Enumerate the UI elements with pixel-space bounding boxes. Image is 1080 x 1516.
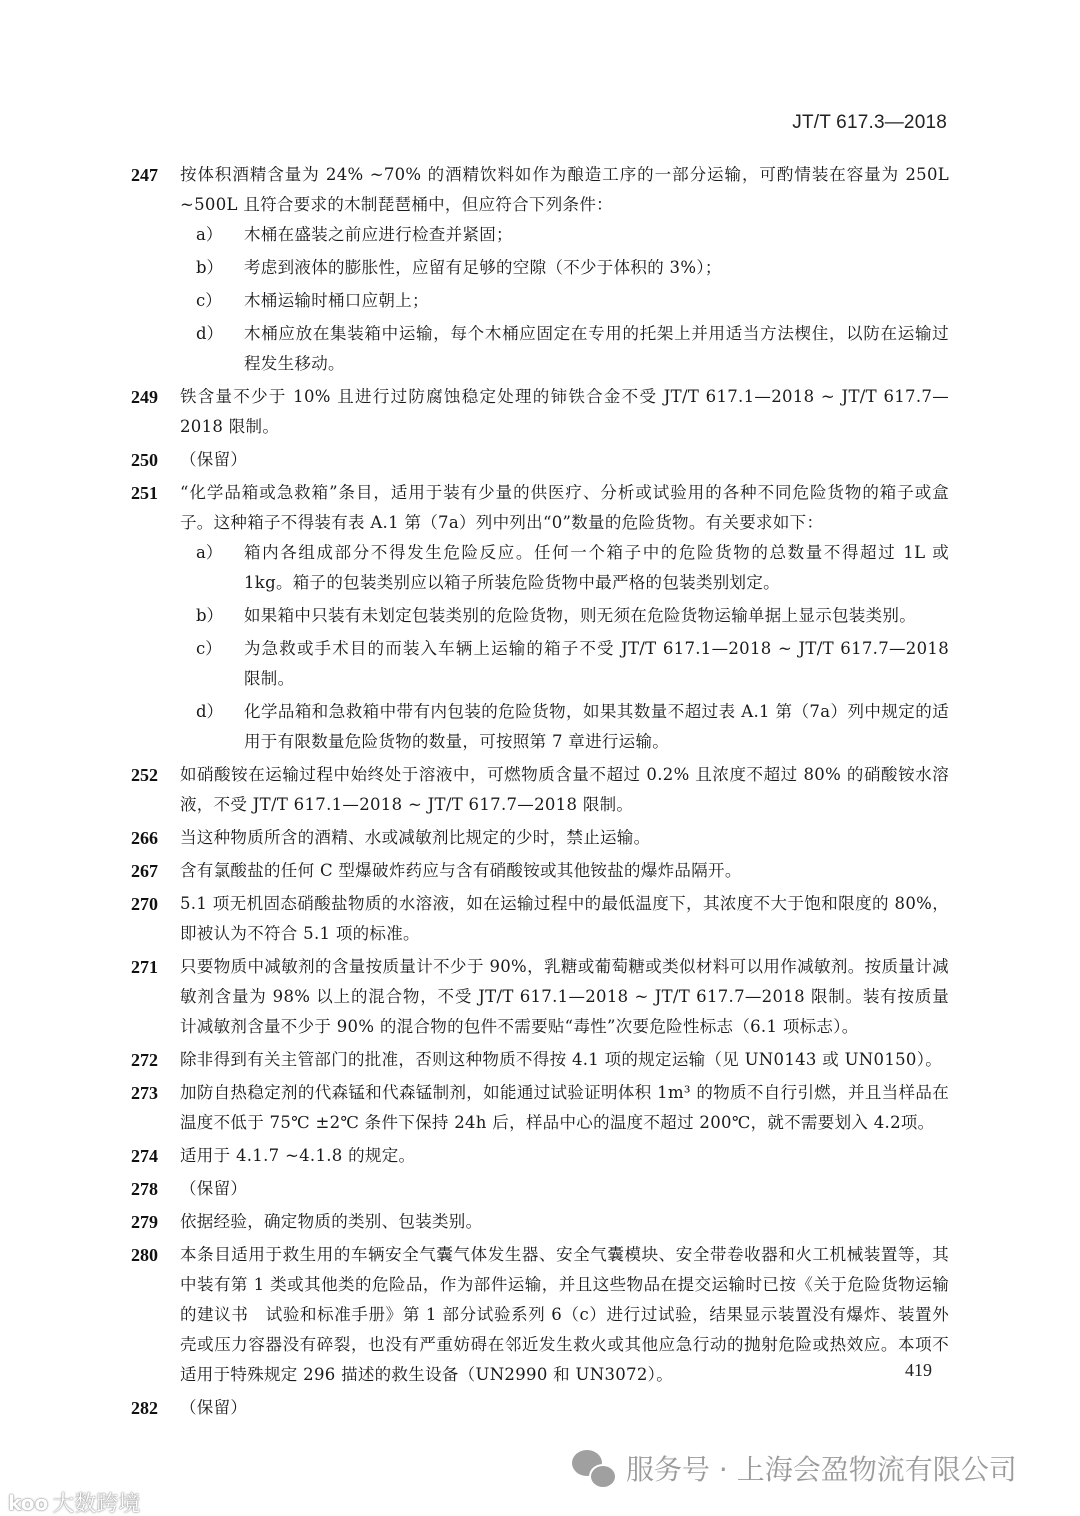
brand-watermark: koo 大数跨境: [8, 1487, 140, 1516]
sub-item-text: 为急救或手术目的而装入车辆上运输的箱子不受 JT/T 617.1—2018 ~ …: [244, 634, 949, 694]
provision-278: 278 （保留）: [131, 1174, 949, 1204]
provision-number: 251: [131, 478, 158, 508]
provision-text: （保留）: [180, 1393, 949, 1423]
provision-number: 280: [131, 1240, 158, 1270]
sub-item: a） 木桶在盛装之前应进行检查并紧固；: [180, 220, 949, 250]
sub-item-text: 如果箱中只装有未划定包装类别的危险货物，则无须在危险货物运输单据上显示包装类别。: [244, 601, 949, 631]
provision-number: 267: [131, 856, 158, 886]
provision-270: 270 5.1 项无机固态硝酸盐物质的水溶液，如在运输过程中的最低温度下，其浓度…: [131, 889, 949, 949]
provision-number: 272: [131, 1045, 158, 1075]
provision-267: 267 含有氯酸盐的任何 C 型爆破炸药应与含有硝酸铵或其他铵盐的爆炸品隔开。: [131, 856, 949, 886]
sub-item-label: b）: [196, 601, 223, 631]
sub-item-label: a）: [196, 220, 222, 250]
provision-text: “化学品箱或急救箱”条目，适用于装有少量的供医疗、分析或试验用的各种不同危险货物…: [180, 478, 949, 538]
provision-text: 除非得到有关主管部门的批准，否则这种物质不得按 4.1 项的规定运输（见 UN0…: [180, 1045, 949, 1075]
provision-text: 如硝酸铵在运输过程中始终处于溶液中，可燃物质含量不超过 0.2% 且浓度不超过 …: [180, 760, 949, 820]
provision-number: 271: [131, 952, 158, 982]
provision-number: 282: [131, 1393, 158, 1423]
wechat-icon: [572, 1448, 616, 1488]
service-account-name: 服务号 · 上海会盈物流有限公司: [626, 1448, 1017, 1488]
provision-text: 加防自热稳定剂的代森锰和代森锰制剂，如能通过试验证明体积 1m³ 的物质不自行引…: [180, 1078, 949, 1138]
sub-item-text: 木桶运输时桶口应朝上；: [244, 286, 949, 316]
provision-number: 249: [131, 382, 158, 412]
standard-code-header: JT/T 617.3—2018: [792, 112, 947, 134]
sub-item-text: 化学品箱和急救箱中带有内包装的危险货物，如果其数量不超过表 A.1 第（7a）列…: [244, 697, 949, 757]
provision-text: 本条目适用于救生用的车辆安全气囊气体发生器、安全气囊模块、安全带卷收器和火工机械…: [180, 1240, 949, 1390]
provision-number: 266: [131, 823, 158, 853]
sub-item: c） 为急救或手术目的而装入车辆上运输的箱子不受 JT/T 617.1—2018…: [180, 634, 949, 694]
provision-text: 当这种物质所含的酒精、水或减敏剂比规定的少时，禁止运输。: [180, 823, 949, 853]
provision-252: 252 如硝酸铵在运输过程中始终处于溶液中，可燃物质含量不超过 0.2% 且浓度…: [131, 760, 949, 820]
provision-247: 247 按体积酒精含量为 24% ~70% 的酒精饮料如作为酿造工序的一部分运输…: [131, 160, 949, 379]
sub-item-text: 木桶在盛装之前应进行检查并紧固；: [244, 220, 949, 250]
provision-number: 279: [131, 1207, 158, 1237]
provision-274: 274 适用于 4.1.7 ~4.1.8 的规定。: [131, 1141, 949, 1171]
provision-272: 272 除非得到有关主管部门的批准，否则这种物质不得按 4.1 项的规定运输（见…: [131, 1045, 949, 1075]
koo-logo-icon: koo: [8, 1491, 48, 1515]
page-number: 419: [905, 1360, 932, 1381]
provision-text: 适用于 4.1.7 ~4.1.8 的规定。: [180, 1141, 949, 1171]
provision-text: 依据经验，确定物质的类别、包装类别。: [180, 1207, 949, 1237]
sub-item-label: a）: [196, 538, 222, 568]
provision-text: （保留）: [180, 1174, 949, 1204]
provision-number: 252: [131, 760, 158, 790]
provision-text: 含有氯酸盐的任何 C 型爆破炸药应与含有硝酸铵或其他铵盐的爆炸品隔开。: [180, 856, 949, 886]
sub-item: b） 如果箱中只装有未划定包装类别的危险货物，则无须在危险货物运输单据上显示包装…: [180, 601, 949, 631]
brand-name: 大数跨境: [52, 1487, 140, 1516]
provision-number: 250: [131, 445, 158, 475]
provision-number: 274: [131, 1141, 158, 1171]
provision-251: 251 “化学品箱或急救箱”条目，适用于装有少量的供医疗、分析或试验用的各种不同…: [131, 478, 949, 757]
provision-text: （保留）: [180, 445, 949, 475]
sub-item-text: 箱内各组成部分不得发生危险反应。任何一个箱子中的危险货物的总数量不得超过 1L …: [244, 538, 949, 598]
sub-item: c） 木桶运输时桶口应朝上；: [180, 286, 949, 316]
sub-item: b） 考虑到液体的膨胀性，应留有足够的空隙（不少于体积的 3%）；: [180, 253, 949, 283]
service-account-watermark: 服务号 · 上海会盈物流有限公司: [572, 1448, 1017, 1488]
sub-item: d） 木桶应放在集装箱中运输，每个木桶应固定在专用的托架上并用适当方法楔住，以防…: [180, 319, 949, 379]
provision-266: 266 当这种物质所含的酒精、水或减敏剂比规定的少时，禁止运输。: [131, 823, 949, 853]
provision-280: 280 本条目适用于救生用的车辆安全气囊气体发生器、安全气囊模块、安全带卷收器和…: [131, 1240, 949, 1390]
provision-279: 279 依据经验，确定物质的类别、包装类别。: [131, 1207, 949, 1237]
provision-249: 249 铁含量不少于 10% 且进行过防腐蚀稳定处理的铈铁合金不受 JT/T 6…: [131, 382, 949, 442]
sub-item-text: 考虑到液体的膨胀性，应留有足够的空隙（不少于体积的 3%）；: [244, 253, 949, 283]
provision-text: 5.1 项无机固态硝酸盐物质的水溶液，如在运输过程中的最低温度下，其浓度不大于饱…: [180, 889, 949, 949]
provision-271: 271 只要物质中减敏剂的含量按质量计不少于 90%，乳糖或葡萄糖或类似材料可以…: [131, 952, 949, 1042]
sub-item: d） 化学品箱和急救箱中带有内包装的危险货物，如果其数量不超过表 A.1 第（7…: [180, 697, 949, 757]
special-provisions-list: 247 按体积酒精含量为 24% ~70% 的酒精饮料如作为酿造工序的一部分运输…: [131, 160, 949, 1423]
provision-number: 247: [131, 160, 158, 190]
sub-item-label: d）: [196, 319, 223, 349]
provision-250: 250 （保留）: [131, 445, 949, 475]
provision-text: 只要物质中减敏剂的含量按质量计不少于 90%，乳糖或葡萄糖或类似材料可以用作减敏…: [180, 952, 949, 1042]
provision-text: 按体积酒精含量为 24% ~70% 的酒精饮料如作为酿造工序的一部分运输，可酌情…: [180, 160, 949, 220]
provision-273: 273 加防自热稳定剂的代森锰和代森锰制剂，如能通过试验证明体积 1m³ 的物质…: [131, 1078, 949, 1138]
provision-number: 270: [131, 889, 158, 919]
provision-282: 282 （保留）: [131, 1393, 949, 1423]
sub-item-text: 木桶应放在集装箱中运输，每个木桶应固定在专用的托架上并用适当方法楔住，以防在运输…: [244, 319, 949, 379]
provision-text: 铁含量不少于 10% 且进行过防腐蚀稳定处理的铈铁合金不受 JT/T 617.1…: [180, 382, 949, 442]
sub-item: a） 箱内各组成部分不得发生危险反应。任何一个箱子中的危险货物的总数量不得超过 …: [180, 538, 949, 598]
provision-number: 278: [131, 1174, 158, 1204]
sub-item-label: c）: [196, 634, 222, 664]
sub-item-label: b）: [196, 253, 223, 283]
provision-number: 273: [131, 1078, 158, 1108]
sub-item-label: d）: [196, 697, 223, 727]
sub-item-label: c）: [196, 286, 222, 316]
